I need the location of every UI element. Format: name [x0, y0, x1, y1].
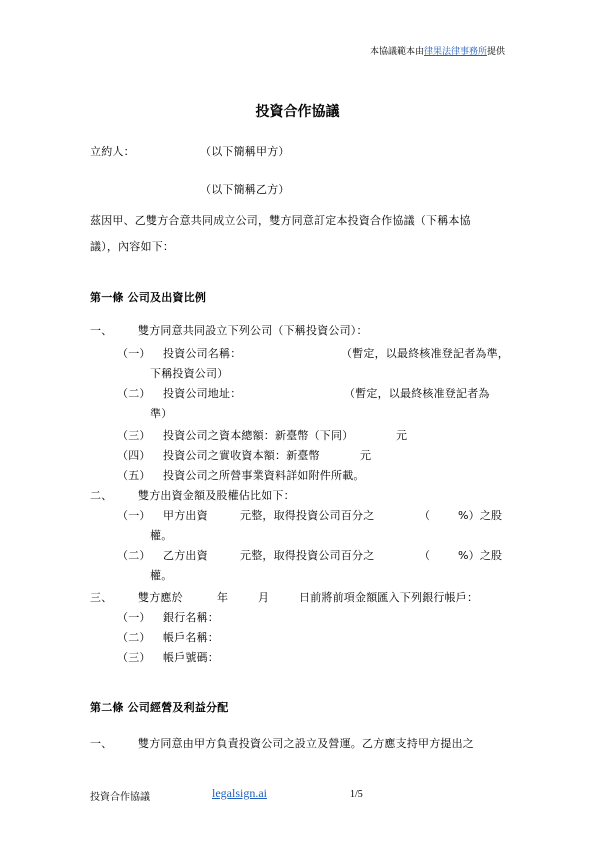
party-a-note: （以下簡稱甲方）: [200, 143, 290, 159]
article-1-heading: 第一條 公司及出資比例: [90, 289, 206, 305]
item-1-number: 一、: [90, 322, 112, 338]
sub-item-note: （暫定，以最終核准登記者為: [344, 385, 490, 401]
sub-item-number: （三）: [117, 427, 151, 443]
sub-item-number: （三）: [117, 649, 151, 665]
party-b-note: （以下簡稱乙方）: [200, 181, 290, 197]
item-3-year: 年: [217, 589, 228, 605]
intro-line-2: 議），內容如下：: [90, 238, 174, 254]
sub-item-tail: 元: [396, 427, 407, 443]
item-1-text: 雙方同意共同設立下列公司（下稱投資公司）：: [138, 322, 368, 338]
sub-item-continuation: 權。: [150, 527, 172, 543]
header-suffix: 提供: [487, 47, 505, 57]
sub-item-continuation: 權。: [150, 567, 172, 583]
item-3-number: 三、: [90, 589, 112, 605]
sub-item-number: （五）: [117, 467, 151, 483]
footer-legalsign-link[interactable]: legalsign.ai: [212, 786, 267, 801]
document-page: 本協議範本由律果法律事務所提供 投資合作協議 立約人： （以下簡稱甲方） （以下…: [0, 0, 595, 842]
article-2-heading: 第二條 公司經營及利益分配: [90, 699, 228, 715]
sub-item-text: 投資公司之所營事業資料詳如附件所載。: [163, 467, 365, 483]
sub-item-mid: 元整，取得投資公司百分之: [240, 547, 374, 563]
sub-item-paren: （: [419, 547, 430, 563]
sub-item-text: 帳戶號碼：: [163, 649, 219, 665]
sub-item-number: （四）: [117, 447, 151, 463]
sub-item-pct: %）之股: [458, 507, 502, 523]
item-3-text: 雙方應於: [138, 589, 183, 605]
footer-doc-name: 投資合作協議: [90, 788, 150, 803]
sub-item-text: 投資公司名稱：: [163, 345, 241, 361]
sub-item-number: （一）: [117, 507, 151, 523]
sub-item-tail: 元: [360, 447, 371, 463]
sub-item-text: 投資公司地址：: [163, 385, 241, 401]
sub-item-text: 投資公司之實收資本額：新臺幣: [163, 447, 320, 463]
sub-item-text: 銀行名稱：: [163, 609, 219, 625]
sub-item-text: 甲方出資: [163, 507, 208, 523]
footer-page-number: 1/5: [350, 789, 363, 800]
article-2-item-1-text: 雙方同意由甲方負責投資公司之設立及營運。乙方應支持甲方提出之: [138, 735, 474, 751]
sub-item-number: （二）: [117, 385, 151, 401]
sub-item-text: 投資公司之資本總額：新臺幣（下同）: [163, 427, 353, 443]
intro-line-1: 茲因甲、乙雙方合意共同成立公司，雙方同意訂定本投資合作協議（下稱本協: [90, 212, 471, 228]
article-2-item-1-number: 一、: [90, 735, 112, 751]
sub-item-paren: （: [419, 507, 430, 523]
sub-item-number: （二）: [117, 629, 151, 645]
header-prefix: 本協議範本由: [370, 47, 424, 57]
sub-item-continuation: 準）: [150, 405, 172, 421]
sub-item-note: （暫定，以最終核准登記者為準，: [341, 345, 509, 361]
parties-label: 立約人：: [90, 143, 135, 159]
document-title: 投資合作協議: [0, 101, 595, 121]
item-3-rest: 日前將前項金額匯入下列銀行帳戶：: [299, 589, 478, 605]
page-header: 本協議範本由律果法律事務所提供: [370, 44, 505, 57]
sub-item-text: 乙方出資: [163, 547, 208, 563]
item-2-text: 雙方出資金額及股權佔比如下：: [138, 487, 295, 503]
item-2-number: 二、: [90, 487, 112, 503]
sub-item-continuation: 下稱投資公司）: [150, 365, 228, 381]
sub-item-number: （一）: [117, 609, 151, 625]
sub-item-number: （一）: [117, 345, 151, 361]
sub-item-number: （二）: [117, 547, 151, 563]
sub-item-text: 帳戶名稱：: [163, 629, 219, 645]
sub-item-pct: %）之股: [458, 547, 502, 563]
law-firm-link[interactable]: 律果法律事務所: [424, 47, 487, 57]
sub-item-mid: 元整，取得投資公司百分之: [240, 507, 374, 523]
item-3-month: 月: [258, 589, 269, 605]
